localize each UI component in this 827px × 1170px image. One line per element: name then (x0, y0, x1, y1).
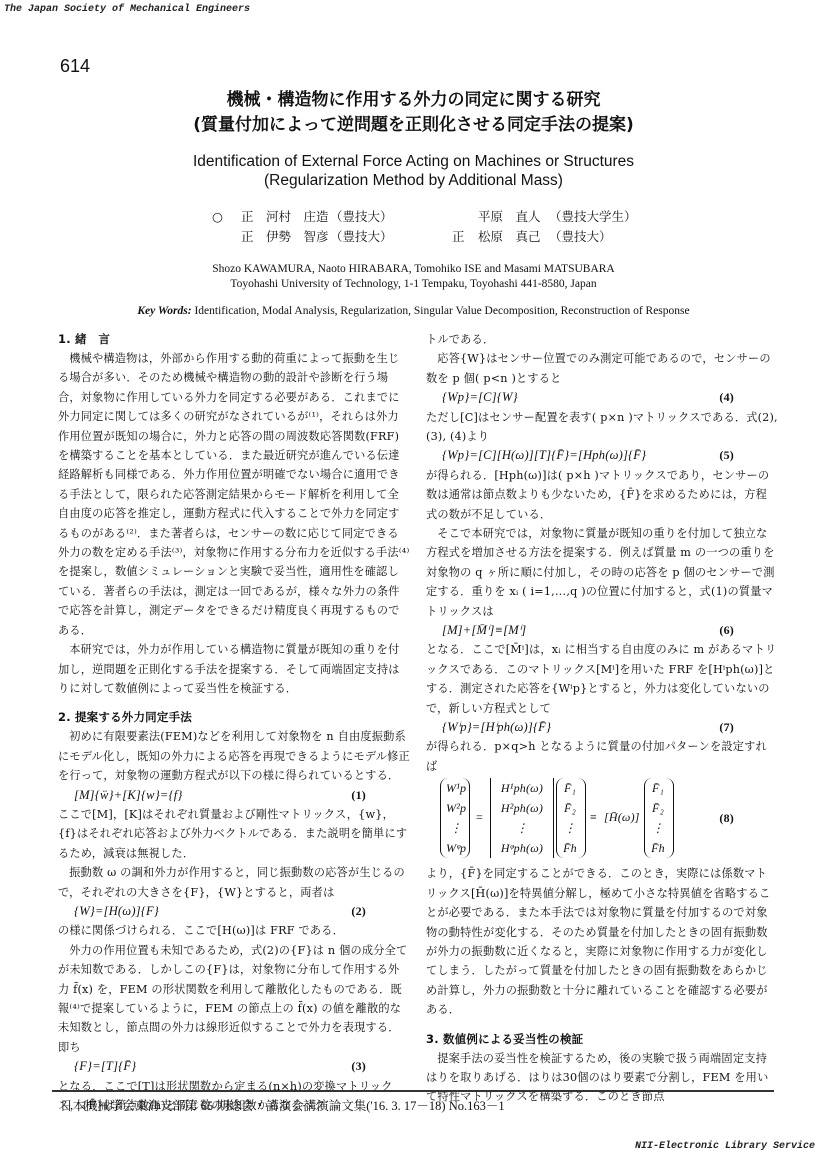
vector-entry: ⋮ (648, 818, 668, 838)
equation-number: (1) (351, 786, 366, 805)
equation-number: (8) (719, 809, 734, 828)
author-grade: 正 (241, 207, 254, 227)
equation-body: [M]+[M̄ⁱ]≡[Mⁱ] (442, 621, 526, 640)
affiliation: Toyohashi University of Technology, 1-1 … (0, 277, 827, 292)
paragraph: ただし[C]はセンサー配置を表す( p×n )マトリックスである．式(2), (… (426, 408, 778, 447)
title-japanese-line1: 機械・構造物に作用する外力の同定に関する研究 (0, 88, 827, 113)
author-name: 伊勢 智彦 (266, 227, 329, 247)
lhs-vector: W¹p W²p ⋮ Wᵠp (446, 778, 466, 858)
paragraph: 外力の作用位置も未知であるため，式(2)の{F}は n 個の成分全てが未知数であ… (58, 941, 410, 1057)
equation-body: [M]{ẅ}+[K]{w}={f} (74, 786, 183, 805)
presenter-mark: ○ (212, 207, 223, 227)
paragraph: トルである． (426, 330, 778, 349)
matrix-entry: Hᵠph(ω) (494, 838, 550, 858)
vector-entry: F̄₁ (560, 778, 580, 798)
vector-entry: W¹p (446, 778, 466, 798)
author-affiliation: （豊技大） (330, 207, 393, 227)
equation-2: {W}=[H(ω)]{F}(2) (58, 902, 410, 921)
vector-entry: ⋮ (560, 818, 580, 838)
paragraph: より，{F̄}を同定することができる．このとき，実際には係数マトリックス[H̄(… (426, 864, 778, 1019)
equation-4: {Wp}=[C]{W}(4) (426, 388, 778, 407)
author-affiliation: （豊技大） (549, 227, 612, 247)
author-name: 松原 真己 (478, 227, 541, 247)
equation-5: {Wp}=[C][H(ω)][T]{F̄}=[Hph(ω)]{F̄}(5) (426, 446, 778, 465)
equation-3: {F}=[T]{F̄}(3) (58, 1057, 410, 1076)
paragraph: 振動数 ω の調和外力が作用すると，同じ振動数の応答が生じるので，それぞれの大き… (58, 863, 410, 902)
vector-entry: W²p (446, 798, 466, 818)
authors-english: Shozo KAWAMURA, Naoto HIRABARA, Tomohiko… (0, 262, 827, 277)
author-name: 河村 庄造 (266, 207, 329, 227)
equation-body: {F}=[T]{F̄} (74, 1057, 136, 1076)
society-header: The Japan Society of Mechanical Engineer… (4, 4, 250, 15)
hbar-matrix: [H̄(ω)] (604, 808, 640, 827)
equals-sign: = (476, 808, 483, 827)
paragraph: が得られる．p×q>h となるように質量の付加パターンを設定すれば (426, 737, 778, 776)
vector-entry: F̄₂ (560, 798, 580, 818)
keywords-text: Identification, Modal Analysis, Regulari… (192, 305, 690, 317)
section-3-heading: 3. 数値例による妥当性の検証 (426, 1030, 778, 1049)
vector-entry: Wᵠp (446, 838, 466, 858)
keywords: Key Words: Identification, Modal Analysi… (0, 304, 827, 319)
equation-number: (4) (719, 388, 734, 407)
equation-number: (2) (351, 902, 366, 921)
vector-entry: F̄h (648, 838, 668, 858)
paper-number: 614 (60, 56, 90, 77)
section-2-heading: 2. 提案する外力同定手法 (58, 708, 410, 727)
author-grade: 正 (241, 227, 254, 247)
matrix-column: H¹ph(ω) H²ph(ω) ⋮ Hᵠph(ω) (494, 778, 550, 858)
paragraph: となる．ここで[M̄ⁱ]は，xᵢ に相当する自由度のみに m があるマトリックス… (426, 640, 778, 718)
equation-body: {Wp}=[C][H(ω)][T]{F̄}=[Hph(ω)]{F̄} (442, 446, 646, 465)
author-name: 平原 直人 (478, 207, 541, 227)
matrix-entry: ⋮ (494, 818, 550, 838)
equation-7: {Wⁱp}=[Hⁱph(ω)]{F̄}(7) (426, 718, 778, 737)
paragraph: 応答{W}はセンサー位置でのみ測定可能であるので，センサーの数を p 個( p<… (426, 349, 778, 388)
section-1-heading: 1. 緒 言 (58, 330, 410, 349)
paragraph: 本研究では，外力が作用している構造物に質量が既知の重りを付加し，逆問題を正則化す… (58, 640, 410, 698)
matrix-entry: H²ph(ω) (494, 798, 550, 818)
equiv-sign: ≡ (590, 808, 597, 827)
paragraph: が得られる．[Hph(ω)]は( p×h )マトリックスであり，センサーの数は通… (426, 466, 778, 524)
equation-number: (5) (719, 446, 734, 465)
author-affiliation: （豊技大） (330, 227, 393, 247)
paragraph: 初めに有限要素法(FEM)などを利用して対象物を n 自由度振動系にモデル化し，… (58, 727, 410, 785)
right-column: トルである． 応答{W}はセンサー位置でのみ測定可能であるので，センサーの数を … (426, 330, 778, 1107)
keywords-label: Key Words: (137, 305, 191, 317)
vector-entry: F̄₁ (648, 778, 668, 798)
left-column: 1. 緒 言 機械や構造物は，外部から作用する動的荷重によって振動を生じる場合が… (58, 330, 410, 1115)
vector-entry: F̄h (560, 838, 580, 858)
force-vector: F̄₁ F̄₂ ⋮ F̄h (648, 778, 668, 858)
equation-number: (6) (719, 621, 734, 640)
paragraph: そこで本研究では，対象物に質量が既知の重りを付加して独立な方程式を増加させる方法… (426, 524, 778, 621)
title-english-line1: Identification of External Force Acting … (0, 152, 827, 171)
footer-divider (52, 1090, 774, 1092)
matrix-entry: H¹ph(ω) (494, 778, 550, 798)
paragraph: の様に関係づけられる．ここで[H(ω)]は FRF である． (58, 921, 410, 940)
equation-body: {Wp}=[C]{W} (442, 388, 518, 407)
equation-body: {W}=[H(ω)]{F} (74, 902, 159, 921)
nii-service-footer: NII-Electronic Library Service (635, 1141, 815, 1152)
equation-1: [M]{ẅ}+[K]{w}={f}(1) (58, 786, 410, 805)
equation-body: {Wⁱp}=[Hⁱph(ω)]{F̄} (442, 718, 551, 737)
vector-entry: F̄₂ (648, 798, 668, 818)
equation-number: (7) (719, 718, 734, 737)
author-grade: 正 (452, 227, 465, 247)
vector-entry: ⋮ (446, 818, 466, 838)
title-english-line2: (Regularization Method by Additional Mas… (0, 171, 827, 190)
title-japanese-line2: (質量付加によって逆問題を正則化させる同定手法の提案) (0, 113, 827, 138)
force-vector: F̄₁ F̄₂ ⋮ F̄h (560, 778, 580, 858)
equation-number: (3) (351, 1057, 366, 1076)
proceedings-footer: 日本機械学会東海支部第 65 期総会・講演会講演論文集('16. 3. 17－1… (60, 1096, 505, 1114)
equation-6: [M]+[M̄ⁱ]≡[Mⁱ](6) (426, 621, 778, 640)
author-affiliation: （豊技大学生） (549, 207, 637, 227)
equation-8: W¹p W²p ⋮ Wᵠp = H¹ph(ω) H²ph(ω) ⋮ Hᵠph(ω… (426, 776, 778, 864)
authors-japanese: ○ 正 河村 庄造 （豊技大） 平原 直人 （豊技大学生） 正 伊勢 智彦 （豊… (0, 207, 827, 247)
paragraph: ここで[M]，[K]はそれぞれ質量および剛性マトリックス，{w}，{f}はそれぞ… (58, 805, 410, 863)
paragraph: 機械や構造物は，外部から作用する動的荷重によって振動を生じる場合が多い．そのため… (58, 349, 410, 640)
